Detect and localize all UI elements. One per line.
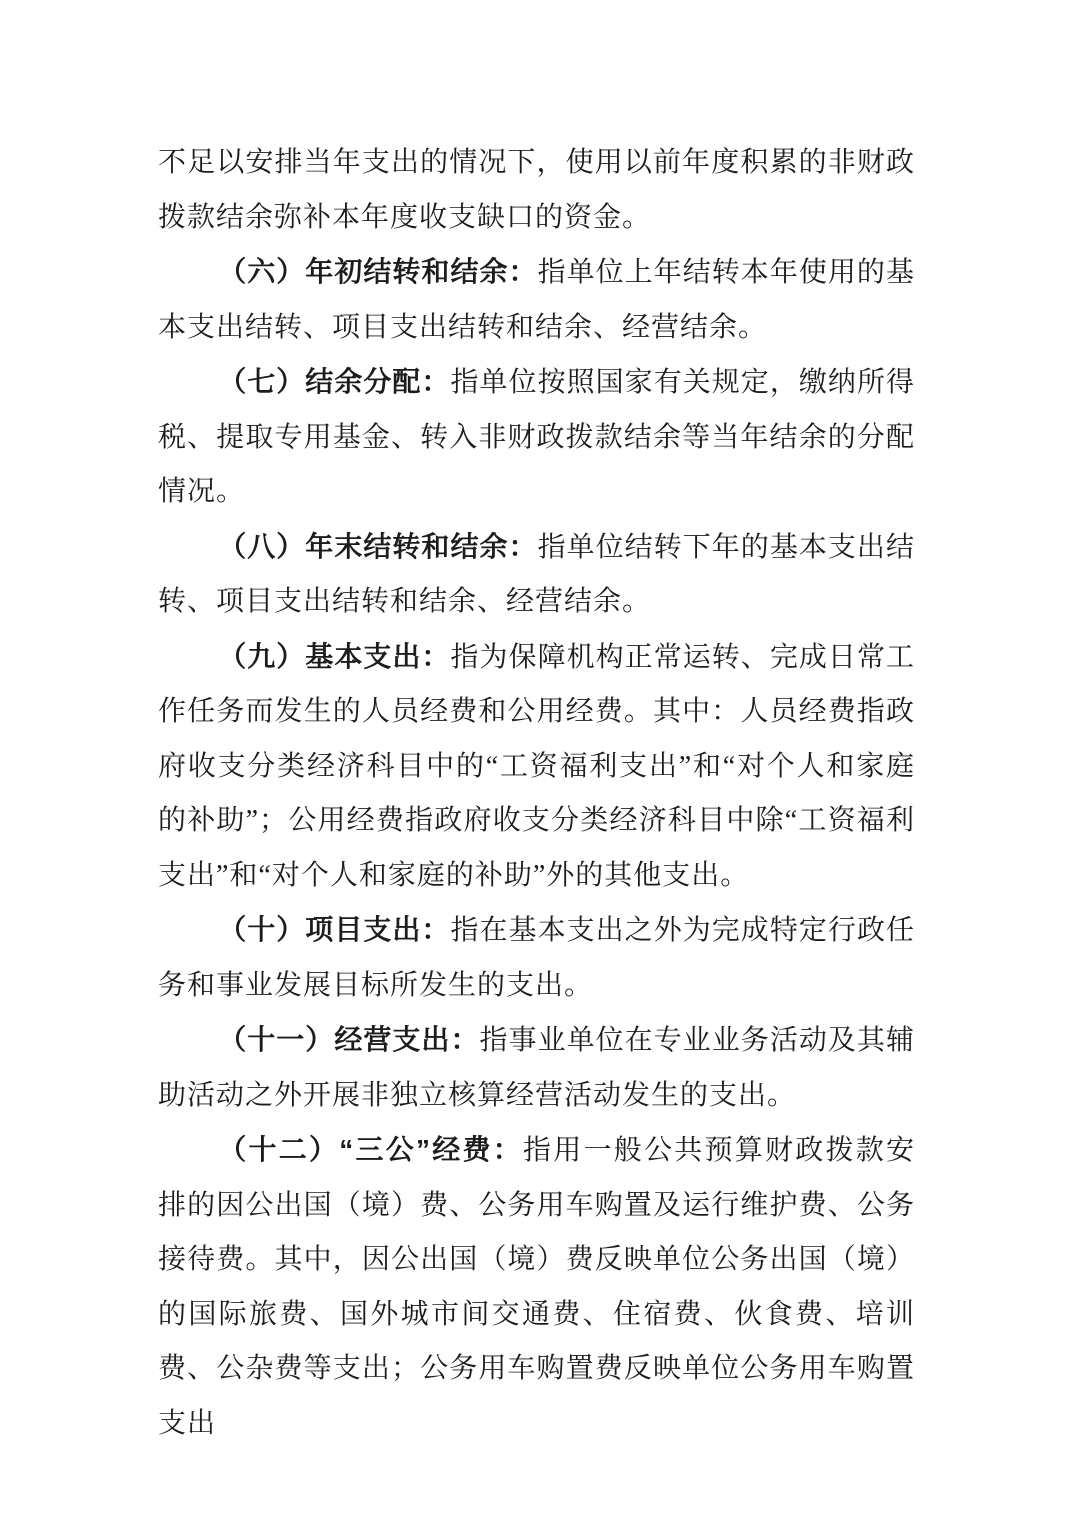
definition-paragraph-7: （七）结余分配：指单位按照国家有关规定，缴纳所得税、提取专用基金、转入非财政拨款… [158,355,915,520]
continuation-text: 不足以安排当年支出的情况下，使用以前年度积累的非财政拨款结余弥补本年度收支缺口的… [158,147,915,233]
definition-paragraph-8: （八）年末结转和结余：指单位结转下年的基本支出结转、项目支出结转和结余、经营结余… [158,520,915,630]
definition-term: （八）年末结转和结余： [218,531,537,562]
definition-term: （十二）“三公”经费： [218,1134,523,1165]
definition-term: （十一）经营支出： [218,1024,479,1055]
definition-paragraph-9: （九）基本支出：指为保障机构正常运转、完成日常工作任务而发生的人员经费和公用经费… [158,630,915,904]
definition-paragraph-6: （六）年初结转和结余：指单位上年结转本年使用的基本支出结转、项目支出结转和结余、… [158,245,915,355]
continuation-paragraph: 不足以安排当年支出的情况下，使用以前年度积累的非财政拨款结余弥补本年度收支缺口的… [158,136,915,245]
definition-body: 指用一般公共预算财政拨款安排的因公出国（境）费、公务用车购置及运行维护费、公务接… [158,1135,915,1439]
definition-paragraph-11: （十一）经营支出：指事业单位在专业业务活动及其辅助活动之外开展非独立核算经营活动… [158,1013,915,1123]
definition-term: （七）结余分配： [218,366,450,397]
definition-term: （十）项目支出： [218,914,450,945]
definition-body: 指为保障机构正常运转、完成日常工作任务而发生的人员经费和公用经费。其中：人员经费… [158,642,915,891]
definition-paragraph-10: （十）项目支出：指在基本支出之外为完成特定行政任务和事业发展目标所发生的支出。 [158,903,915,1013]
definition-paragraph-12: （十二）“三公”经费：指用一般公共预算财政拨款安排的因公出国（境）费、公务用车购… [158,1123,915,1451]
definition-term: （六）年初结转和结余： [218,256,537,287]
document-text-block: 不足以安排当年支出的情况下，使用以前年度积累的非财政拨款结余弥补本年度收支缺口的… [158,136,915,1451]
definition-term: （九）基本支出： [218,641,450,672]
document-page: 不足以安排当年支出的情况下，使用以前年度积累的非财政拨款结余弥补本年度收支缺口的… [0,0,1074,1520]
